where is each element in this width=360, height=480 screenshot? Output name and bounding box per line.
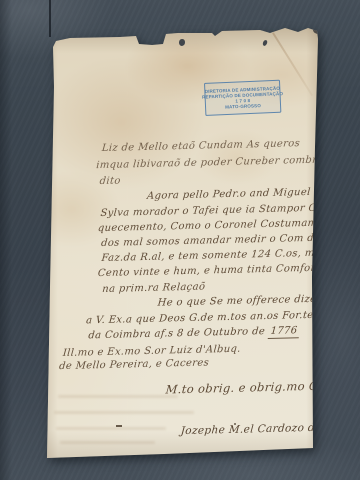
manuscript-date-line: da Coimbra af.s 8 de Outubro de 1776 bbox=[88, 325, 300, 341]
manuscript-line: imqua libivaraõ de poder Cureber combre bbox=[96, 155, 324, 172]
bleed-through-mark bbox=[60, 441, 155, 444]
manuscript-line: Sylva morador o Tafei que ia Stampor Co- bbox=[100, 202, 327, 219]
address-line: Ill.mo e Ex.mo S.or Luiz d'Albuq. bbox=[62, 344, 241, 359]
address-line: de Mello Pereira, e Caceres bbox=[59, 357, 210, 372]
bleed-through-mark bbox=[58, 395, 178, 398]
manuscript-line: dito bbox=[99, 176, 121, 188]
manuscript-line: Faz.da R.al, e tem somente 124 C.os, mas bbox=[101, 248, 327, 265]
handwritten-ink-layer: Liz de Mello etaõ Cundam As queros imqua… bbox=[39, 24, 326, 465]
manuscript-line: Agora pello Pedr.o and Miguel da bbox=[147, 186, 328, 201]
signature: Jozephe M.el Cardozo da Cunha bbox=[180, 421, 360, 437]
photo-backdrop: DIRETORIA DE ADMINISTRAÇÃO REPARTIÇÃO DE… bbox=[0, 0, 360, 480]
ink-speck bbox=[234, 423, 236, 425]
manuscript-paper-wrap: DIRETORIA DE ADMINISTRAÇÃO REPARTIÇÃO DE… bbox=[44, 27, 320, 461]
manuscript-line: He o que Se me offerece dizer bbox=[157, 294, 322, 309]
bleed-through-mark bbox=[54, 411, 194, 414]
closing-line: M.to obrig. e obrig.mo Cr. de V. Ex.a bbox=[165, 377, 360, 397]
manuscript-line: dos mal somos amandar medir o Com da bbox=[101, 233, 321, 249]
date-year: 1776 bbox=[268, 325, 300, 339]
manuscript-line: na prim.ra Relaçaõ bbox=[102, 281, 206, 295]
manuscript-line: Cento vinte e hum, e huma tinta Comfor- bbox=[97, 263, 319, 279]
bleed-through-mark bbox=[56, 427, 166, 430]
manuscript-line: Liz de Mello etaõ Cundam As queros bbox=[101, 138, 300, 154]
manuscript-line: quecemento, Como o Coronel Costumam bbox=[97, 218, 318, 234]
date-text: da Coimbra af.s 8 de Outubro de bbox=[88, 326, 269, 341]
manuscript-paper: DIRETORIA DE ADMINISTRAÇÃO REPARTIÇÃO DE… bbox=[44, 27, 320, 461]
backdrop-shadow-left bbox=[0, 0, 12, 480]
ink-speck bbox=[116, 425, 122, 427]
manuscript-line: a V. Ex.a que Deos G.de m.tos an.os For.… bbox=[86, 310, 314, 327]
